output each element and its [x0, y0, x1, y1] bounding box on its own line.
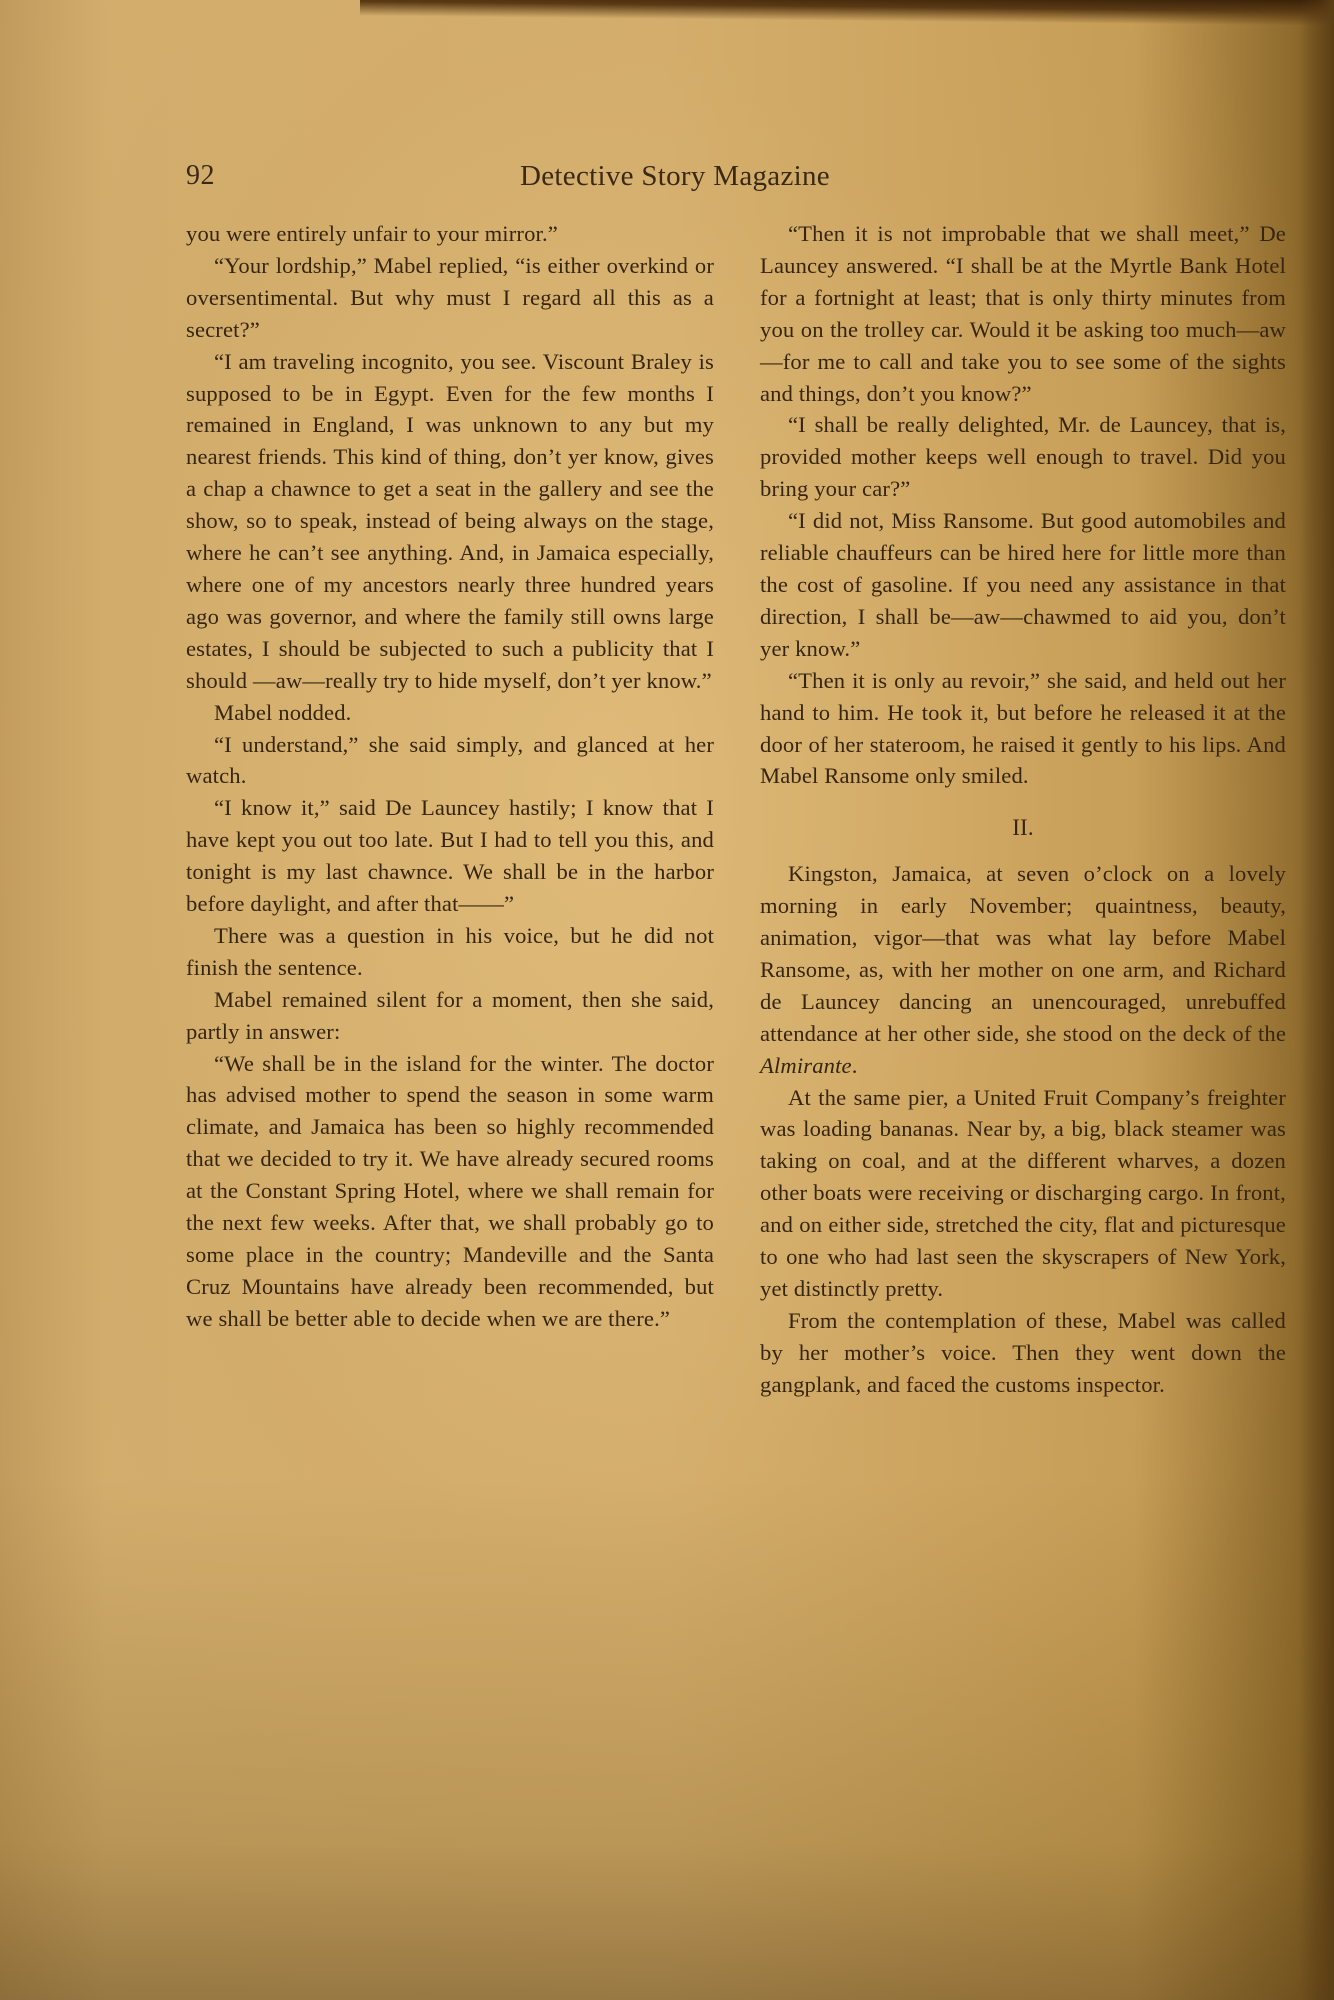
paragraph: “Then it is not improbable that we shall…: [760, 218, 1286, 409]
paragraph: Kingston, Jamaica, at seven o’clock on a…: [760, 858, 1286, 1081]
paragraph: “I am traveling incognito, you see. Visc…: [186, 346, 714, 697]
page-number: 92: [186, 160, 215, 192]
paragraph: “I did not, Miss Ransome. But good autom…: [760, 505, 1286, 665]
paragraph: From the contemplation of these, Mabel w…: [760, 1305, 1286, 1401]
paragraph: you were entirely unfair to your mirror.…: [186, 218, 714, 250]
right-column: “Then it is not improbable that we shall…: [760, 218, 1286, 1401]
paragraph: “We shall be in the island for the winte…: [186, 1048, 714, 1335]
ship-name: Almirante: [760, 1053, 852, 1078]
page-top-shadow: [360, 0, 1334, 26]
paragraph: Mabel remained silent for a moment, then…: [186, 984, 714, 1048]
running-title: Detective Story Magazine: [520, 160, 830, 193]
paragraph: “I know it,” said De Launcey hastily; I …: [186, 792, 714, 920]
paragraph: At the same pier, a United Fruit Company…: [760, 1082, 1286, 1305]
page-right-edge-shadow: [1300, 0, 1334, 2000]
page-header: 92 Detective Story Magazine: [186, 160, 1282, 200]
paragraph-text: .: [852, 1053, 858, 1078]
section-heading: II.: [760, 812, 1286, 844]
left-column: you were entirely unfair to your mirror.…: [186, 218, 714, 1335]
paragraph-text: Kingston, Jamaica, at seven o’clock on a…: [760, 861, 1286, 1046]
paragraph: Mabel nodded.: [186, 697, 714, 729]
paragraph: “I understand,” she said simply, and gla…: [186, 729, 714, 793]
paragraph: “Your lordship,” Mabel replied, “is eith…: [186, 250, 714, 346]
paragraph: “I shall be really delighted, Mr. de Lau…: [760, 409, 1286, 505]
paragraph: There was a question in his voice, but h…: [186, 920, 714, 984]
paragraph: “Then it is only au revoir,” she said, a…: [760, 665, 1286, 793]
magazine-page: 92 Detective Story Magazine you were ent…: [0, 0, 1334, 2000]
